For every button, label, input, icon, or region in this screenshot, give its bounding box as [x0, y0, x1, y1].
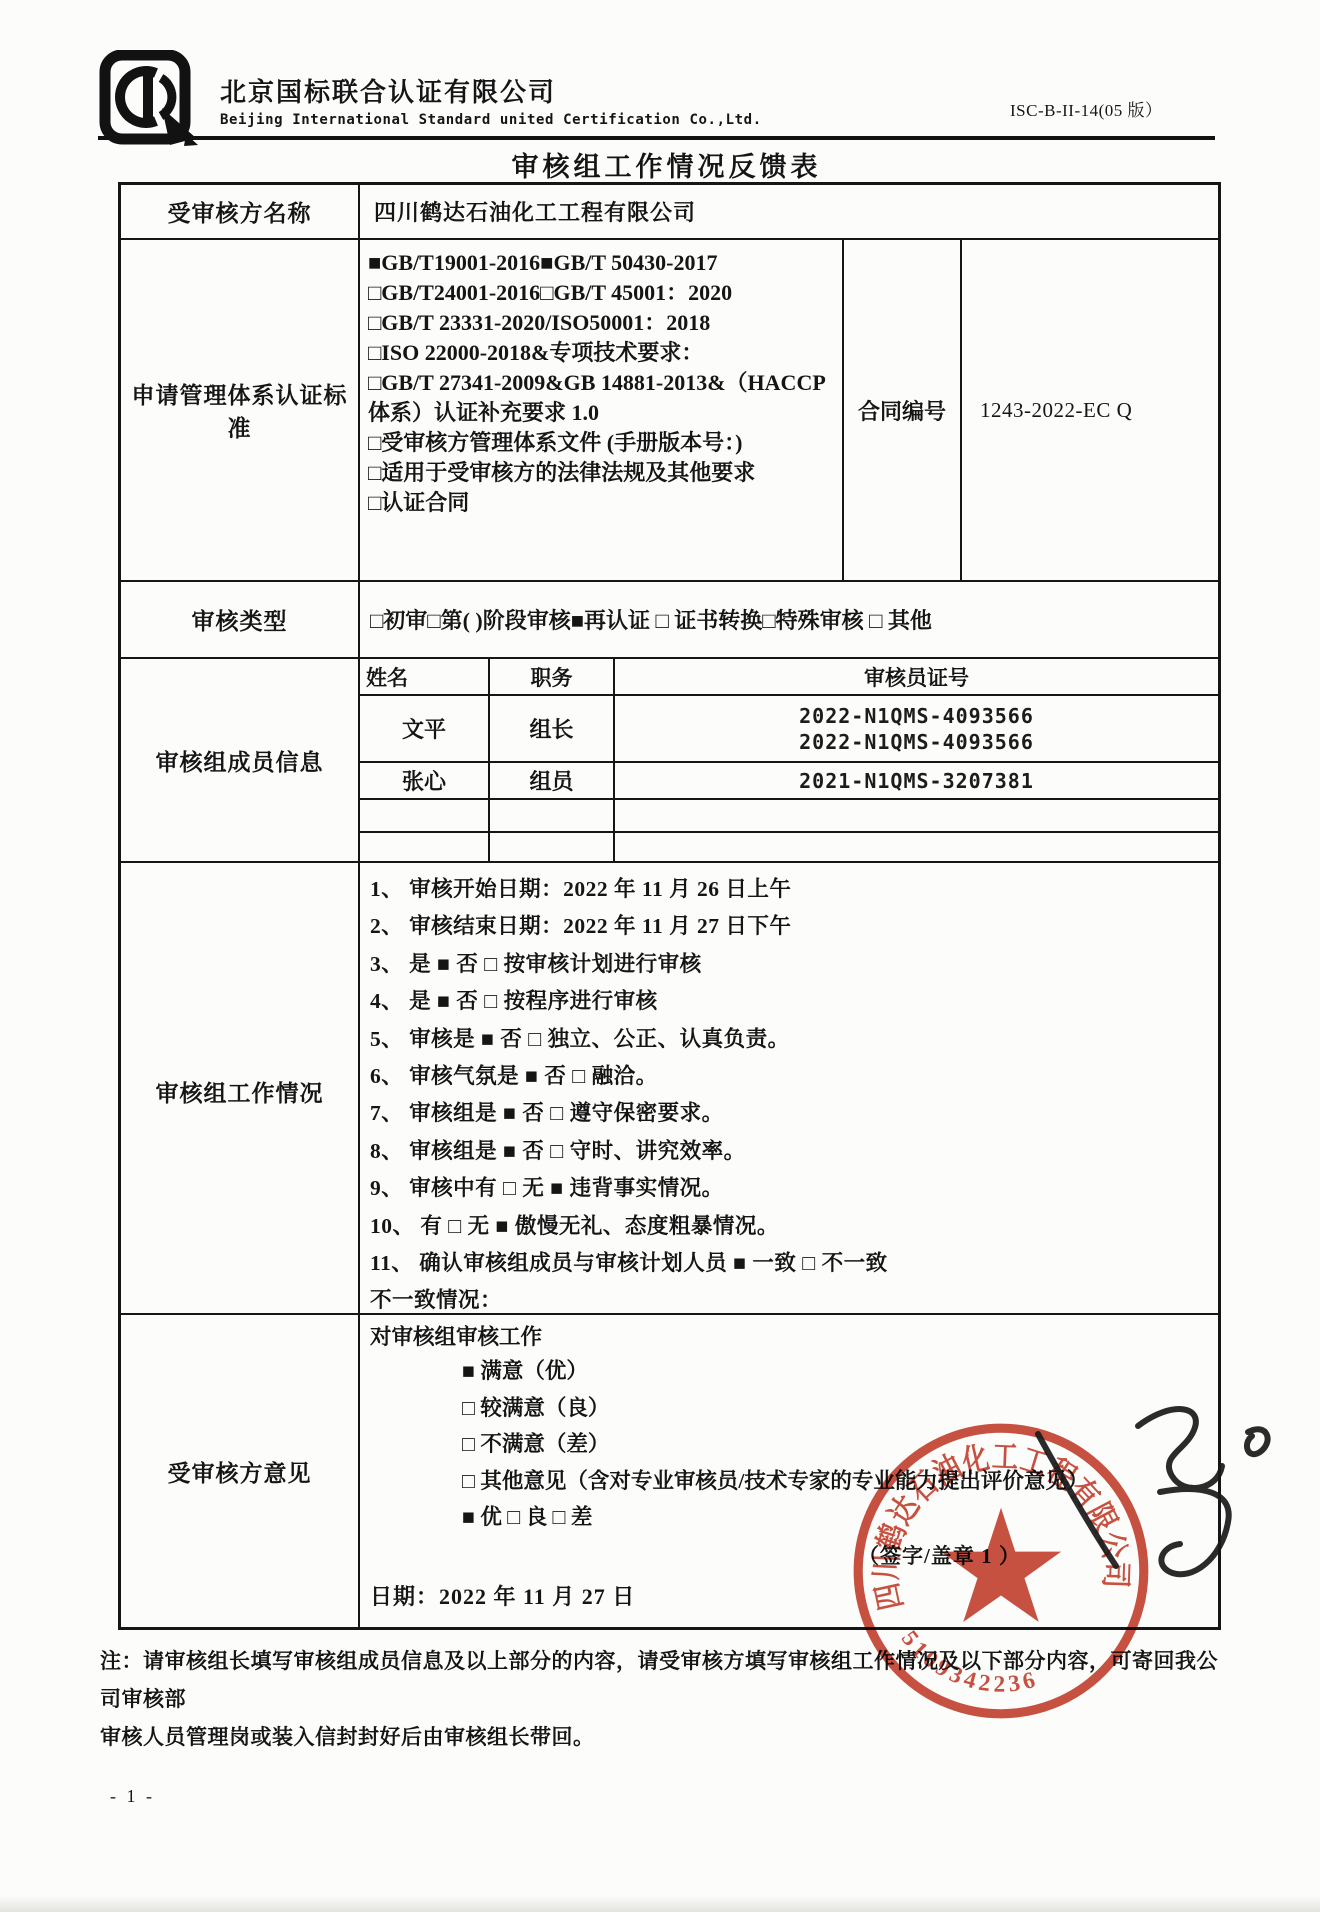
member-role-empty: [488, 831, 613, 861]
header-divider: [98, 136, 1215, 140]
member-role-empty: [488, 798, 613, 831]
form-code: ISC-B-II-14(05 版）: [1010, 96, 1163, 121]
member-cert: 2022-N1QMS-4093566 2022-N1QMS-4093566: [613, 694, 1218, 761]
audit-type-options: □初审□第( )阶段审核■再认证 □ 证书转换□特殊审核 □ 其他: [358, 582, 1218, 657]
work-situation-label: 审核组工作情况: [121, 863, 358, 1320]
standards-label: 申请管理体系认证标准: [121, 240, 358, 580]
contract-number-value: 1243-2022-EC Q: [960, 240, 1218, 580]
member-name-empty: [360, 831, 488, 861]
opinion-label: 受审核方意见: [121, 1315, 358, 1627]
standards-checklist: ■GB/T19001-2016■GB/T 50430-2017 □GB/T240…: [358, 240, 842, 580]
member-cert-empty: [613, 798, 1218, 831]
member-cert: 2021-N1QMS-3207381: [613, 761, 1218, 798]
standards-row: 申请管理体系认证标准 ■GB/T19001-2016■GB/T 50430-20…: [121, 238, 1218, 580]
opinion-date: 日期：2022 年 11 月 27 日: [370, 1580, 1208, 1619]
footer-note: 注：请审核组长填写审核组成员信息及以上部分的内容，请受审核方填写审核组工作情况及…: [100, 1642, 1235, 1756]
audit-type-row: 审核类型 □初审□第( )阶段审核■再认证 □ 证书转换□特殊审核 □ 其他: [121, 580, 1218, 657]
work-situation-row: 审核组工作情况 1、 审核开始日期：2022 年 11 月 26 日上午 2、 …: [121, 861, 1218, 1313]
company-name-en: Beijing International Standard united Ce…: [220, 112, 762, 128]
work-situation-checklist: 1、 审核开始日期：2022 年 11 月 26 日上午 2、 审核结束日期：2…: [358, 863, 1218, 1320]
scan-edge: [0, 1896, 1320, 1912]
auditee-label: 受审核方名称: [121, 185, 358, 238]
auditee-name: 四川鹤达石油化工工程有限公司: [358, 185, 1218, 238]
members-row: 审核组成员信息 姓名 职务 审核员证号 文平 组长 2022-N1QMS-409…: [121, 657, 1218, 861]
company-name-cn: 北京国标联合认证有限公司: [220, 72, 556, 109]
audit-type-label: 审核类型: [121, 582, 358, 657]
member-role: 组员: [488, 761, 613, 798]
contract-number-label: 合同编号: [842, 240, 960, 580]
signature-stamp-label: （签字/盖章 1 ）: [858, 1540, 1208, 1570]
member-name-empty: [360, 798, 488, 831]
members-table: 姓名 职务 审核员证号 文平 组长 2022-N1QMS-4093566 202…: [360, 659, 1218, 861]
members-header-role: 职务: [488, 659, 613, 694]
member-cert-empty: [613, 831, 1218, 861]
document-title: 审核组工作情况反馈表: [118, 145, 1215, 184]
opinion-row: 受审核方意见 对审核组审核工作 ■ 满意（优） □ 较满意（良） □ 不满意（差…: [121, 1313, 1218, 1627]
members-header-cert: 审核员证号: [613, 659, 1218, 694]
feedback-table: 受审核方名称 四川鹤达石油化工工程有限公司 申请管理体系认证标准 ■GB/T19…: [118, 182, 1221, 1630]
opinion-heading: 对审核组审核工作: [370, 1321, 1208, 1353]
member-name: 张心: [360, 761, 488, 798]
member-name: 文平: [360, 694, 488, 761]
members-label: 审核组成员信息: [121, 659, 358, 861]
members-header-name: 姓名: [360, 659, 488, 694]
auditee-row: 受审核方名称 四川鹤达石油化工工程有限公司: [121, 185, 1218, 238]
certification-logo-icon: [98, 50, 202, 146]
opinion-options: ■ 满意（优） □ 较满意（良） □ 不满意（差） □ 其他意见（含对专业审核员…: [462, 1353, 1208, 1536]
page-number: - 1 -: [110, 1786, 155, 1807]
member-role: 组长: [488, 694, 613, 761]
scanned-feedback-form: 北京国标联合认证有限公司 Beijing International Stand…: [0, 0, 1320, 1912]
